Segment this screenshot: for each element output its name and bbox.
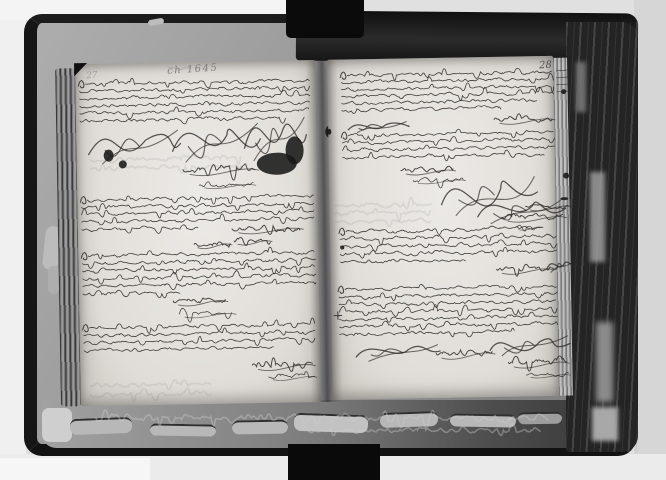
register-entry: [78, 75, 310, 127]
register-entry: [340, 67, 569, 114]
signature: [413, 177, 466, 189]
signature: [477, 198, 565, 223]
open-book: 27 ch 1645 28 +: [0, 0, 666, 480]
signature: [179, 307, 236, 322]
signature: [497, 264, 554, 277]
signature: [401, 166, 456, 175]
signature: [436, 349, 495, 359]
register-entry: [83, 318, 315, 353]
register-entry: [341, 128, 555, 163]
bleed-through-text: [91, 379, 211, 402]
ink-blot: [327, 129, 331, 135]
handwriting-layer: [327, 56, 559, 400]
signature: [194, 242, 232, 249]
manuscript-scan: 27 ch 1645 28 +: [0, 0, 666, 480]
signature: [232, 225, 304, 235]
signature: [173, 298, 228, 307]
signature: [168, 66, 191, 71]
signature: [356, 345, 440, 362]
register-entry: [81, 246, 316, 299]
signature: [199, 181, 256, 189]
signature: [348, 122, 409, 133]
signature: [252, 357, 315, 372]
signature: [441, 177, 538, 216]
manuscript-page-left: 27 ch 1645: [75, 60, 321, 406]
register-entry: [80, 193, 314, 235]
bleed-through-text: [335, 197, 431, 227]
signature: [268, 371, 316, 380]
signature: [234, 237, 272, 246]
handwriting-layer: [75, 60, 321, 406]
signature: [494, 113, 555, 124]
manuscript-page-right: 28 +: [327, 56, 559, 400]
register-entry: [338, 282, 558, 339]
